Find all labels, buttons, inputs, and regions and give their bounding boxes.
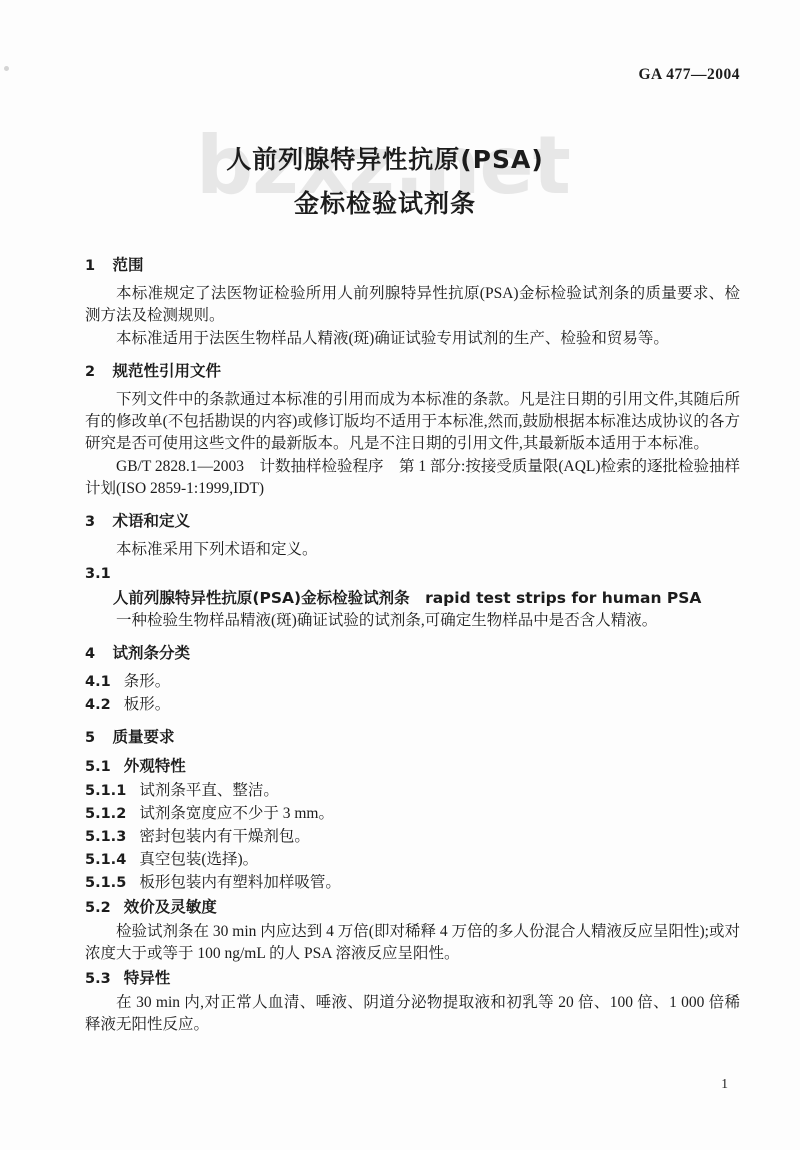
- clause-item: 5.1.4真空包装(选择)。: [85, 849, 740, 871]
- clause-item: 5.1.5板形包装内有塑料加样吸管。: [85, 872, 740, 894]
- paragraph: GB/T 2828.1—2003 计数抽样检验程序 第 1 部分:按接受质量限(…: [85, 456, 740, 500]
- block-text: 本标准采用下列术语和定义。: [116, 541, 318, 558]
- block-text: 检验试剂条在 30 min 内应达到 4 万倍(即对稀释 4 万倍的多人份混合人…: [85, 923, 740, 962]
- paragraph: 检验试剂条在 30 min 内应达到 4 万倍(即对稀释 4 万倍的多人份混合人…: [85, 921, 740, 965]
- block-text: 试剂条宽度应不少于 3 mm。: [139, 805, 334, 822]
- block-text: 在 30 min 内,对正常人血清、唾液、阴道分泌物提取液和初乳等 20 倍、1…: [85, 994, 740, 1033]
- clause-number: 5.1.3: [85, 829, 126, 845]
- document-page: bzxz.net GA 477—2004 人前列腺特异性抗原(PSA) 金标检验…: [0, 0, 800, 1150]
- block-text: 密封包装内有干燥剂包。: [139, 828, 310, 845]
- clause-item: 4.2板形。: [85, 694, 740, 716]
- clause-number: 5.3: [85, 971, 111, 987]
- paragraph: 本标准适用于法医生物样品人精液(斑)确证试验专用试剂的生产、检验和贸易等。: [85, 328, 740, 350]
- block-text: 本标准适用于法医生物样品人精液(斑)确证试验专用试剂的生产、检验和贸易等。: [116, 330, 669, 347]
- section-heading: 3术语和定义: [85, 510, 740, 533]
- page-number: 1: [721, 1076, 728, 1092]
- section-heading: 1范围: [85, 254, 740, 277]
- block-text: 人前列腺特异性抗原(PSA)金标检验试剂条 rapid test strips …: [113, 589, 702, 607]
- clause-number: 1: [85, 258, 95, 274]
- clause-heading: 5.1外观特性: [85, 755, 740, 778]
- clause-number: 5.2: [85, 900, 111, 916]
- block-text: 范围: [112, 256, 143, 274]
- clause-number: 5.1.2: [85, 806, 126, 822]
- standard-number: GA 477—2004: [638, 66, 740, 84]
- clause-number: 2: [85, 364, 95, 380]
- clause-item: 5.1.2试剂条宽度应不少于 3 mm。: [85, 803, 740, 825]
- clause-heading: 5.2效价及灵敏度: [85, 896, 740, 919]
- clause-number: 3: [85, 514, 95, 530]
- scan-artifact-dot: [4, 66, 9, 71]
- block-text: 规范性引用文件: [112, 362, 221, 380]
- clause-number: 4.1: [85, 674, 111, 690]
- block-text: 试剂条分类: [112, 644, 190, 662]
- paragraph: 在 30 min 内,对正常人血清、唾液、阴道分泌物提取液和初乳等 20 倍、1…: [85, 992, 740, 1036]
- paragraph: 本标准采用下列术语和定义。: [85, 539, 740, 561]
- clause-number: 5.1.5: [85, 875, 126, 891]
- clause-item: 5.1.1试剂条平直、整洁。: [85, 780, 740, 802]
- document-title: 人前列腺特异性抗原(PSA) 金标检验试剂条: [0, 138, 770, 226]
- block-text: 本标准规定了法医物证检验所用人前列腺特异性抗原(PSA)金标检验试剂条的质量要求…: [85, 285, 740, 324]
- term-definition-line: 人前列腺特异性抗原(PSA)金标检验试剂条 rapid test strips …: [85, 587, 740, 609]
- block-text: 术语和定义: [112, 512, 190, 530]
- clause-number: 5: [85, 730, 95, 746]
- section-heading: 2规范性引用文件: [85, 360, 740, 383]
- block-text: 一种检验生物样品精液(斑)确证试验的试剂条,可确定生物样品中是否含人精液。: [116, 612, 657, 629]
- clause-heading: 5.3特异性: [85, 967, 740, 990]
- clause-number: 5.1: [85, 759, 111, 775]
- section-heading: 4试剂条分类: [85, 642, 740, 665]
- paragraph: 下列文件中的条款通过本标准的引用而成为本标准的条款。凡是注日期的引用文件,其随后…: [85, 389, 740, 455]
- clause-number: 4.2: [85, 697, 111, 713]
- block-text: 质量要求: [112, 728, 174, 746]
- title-line-2: 金标检验试剂条: [0, 182, 770, 226]
- clause-number: 5.1.4: [85, 852, 126, 868]
- title-line-1: 人前列腺特异性抗原(PSA): [0, 138, 770, 182]
- block-text: 特异性: [124, 969, 171, 987]
- block-text: 板形。: [124, 696, 171, 713]
- block-text: 板形包装内有塑料加样吸管。: [139, 874, 341, 891]
- block-text: 真空包装(选择)。: [139, 851, 258, 868]
- clause-item: 5.1.3密封包装内有干燥剂包。: [85, 826, 740, 848]
- block-text: 条形。: [124, 673, 171, 690]
- block-text: 效价及灵敏度: [124, 898, 217, 916]
- paragraph: 一种检验生物样品精液(斑)确证试验的试剂条,可确定生物样品中是否含人精液。: [85, 610, 740, 632]
- block-text: 外观特性: [124, 757, 186, 775]
- section-heading: 5质量要求: [85, 726, 740, 749]
- clause-number-line: 3.1: [85, 563, 740, 585]
- doc-blocks: 1范围本标准规定了法医物证检验所用人前列腺特异性抗原(PSA)金标检验试剂条的质…: [85, 244, 740, 1037]
- block-text: 试剂条平直、整洁。: [139, 782, 279, 799]
- clause-number: 4: [85, 646, 95, 662]
- block-text: 下列文件中的条款通过本标准的引用而成为本标准的条款。凡是注日期的引用文件,其随后…: [85, 391, 740, 452]
- clause-number: 3.1: [85, 566, 111, 582]
- clause-number: 5.1.1: [85, 783, 126, 799]
- block-text: GB/T 2828.1—2003 计数抽样检验程序 第 1 部分:按接受质量限(…: [85, 458, 740, 497]
- paragraph: 本标准规定了法医物证检验所用人前列腺特异性抗原(PSA)金标检验试剂条的质量要求…: [85, 283, 740, 327]
- clause-item: 4.1条形。: [85, 671, 740, 693]
